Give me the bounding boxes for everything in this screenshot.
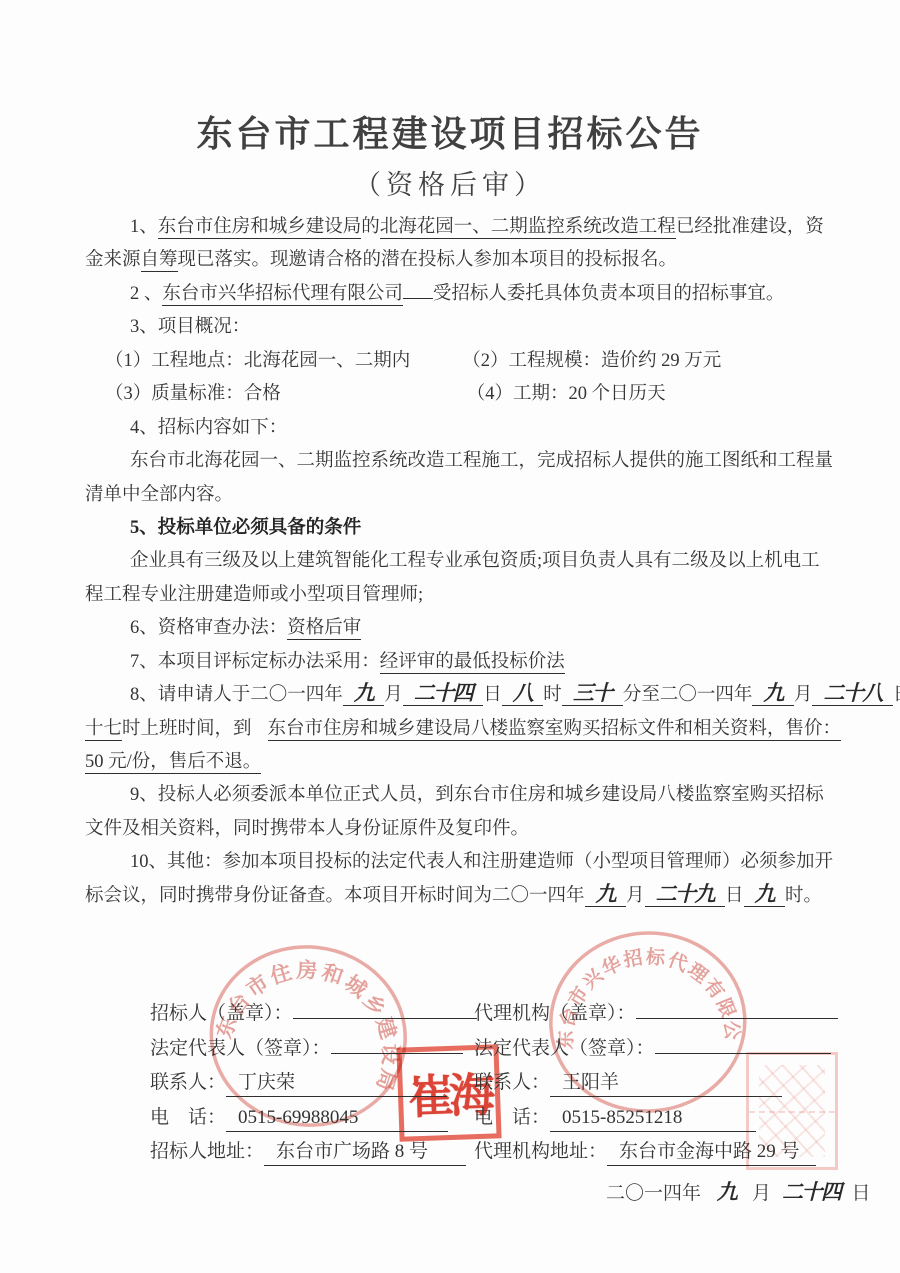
- text-segment: 二〇一四年: [606, 1183, 706, 1204]
- document-line: 东台市北海花园一、二期监控系统改造工程施工，完成招标人提供的施工图纸和工程量: [85, 445, 867, 478]
- signature-value: [293, 1017, 477, 1019]
- document-line: 4、招标内容如下：: [85, 412, 867, 445]
- text-segment: 9、投标人必须委派本单位正式人员，到东台市住房和城乡建设局八楼监察室购买招标: [130, 785, 824, 805]
- text-segment: 月: [384, 685, 403, 705]
- signature-value: [655, 1052, 831, 1054]
- text-segment: 时: [543, 685, 562, 705]
- signature-row: 代理机构地址：东台市金海中路 29 号: [474, 1136, 838, 1171]
- text-segment: 2 、: [130, 284, 162, 304]
- signature-value: 东台市金海中路 29 号: [607, 1140, 816, 1166]
- signature-label: 法定代表人（签章）：: [150, 1033, 331, 1060]
- signature-block-agency: 代理机构（盖章）：法定代表人（签章）：联系人：王阳羊电 话：0515-85251…: [474, 998, 838, 1171]
- text-segment: 企业具有三级及以上建筑智能化工程专业承包资质;项目负责人具有二级及以上机电工: [130, 551, 820, 571]
- handwritten-text: 九: [585, 882, 627, 907]
- text-segment: 资格后审: [287, 618, 361, 640]
- text-segment: 分至二〇一四年: [623, 685, 753, 705]
- document-line: 5、投标单位必须具备的条件: [85, 512, 867, 545]
- text-segment: 4、招标内容如下：: [130, 418, 287, 438]
- signature-block-bidder: 招标人（盖章）：法定代表人（签章）：联系人：丁庆荣电 话：0515-699880…: [150, 998, 477, 1171]
- signature-row: 招标人（盖章）：: [150, 998, 477, 1033]
- text-segment: 受招标人委托具体负责本项目的招标事宜。: [433, 284, 785, 304]
- signature-value: [331, 1052, 463, 1054]
- document-line: 50 元/份，售后不退。: [85, 746, 867, 779]
- text-segment: 5、投标单位必须具备的条件: [130, 518, 361, 538]
- signature-row: 电 话：0515-69988045: [150, 1102, 477, 1137]
- scanned-document-page: 东台市工程建设项目招标公告 （资格后审） 1、东台市住房和城乡建设局的北海花园一…: [0, 0, 900, 1273]
- text-segment: 日: [725, 886, 744, 906]
- text-segment: 程工程专业注册建造师或小型项目管理师;: [85, 585, 423, 605]
- signature-label: 招标人地址：: [150, 1136, 264, 1163]
- text-segment: 日: [852, 1183, 871, 1204]
- text-segment: 10、其他：参加本项目投标的法定代表人和注册建造师（小型项目管理师）必须参加开: [130, 852, 833, 872]
- document-line: 3、项目概况：: [85, 311, 867, 344]
- signature-value: [636, 1017, 838, 1019]
- text-segment: 6、资格审查办法：: [130, 618, 287, 638]
- handwritten-text: 九: [706, 1180, 748, 1204]
- text-segment: 7、本项目评标定标办法采用：: [130, 652, 380, 672]
- text-segment: 日: [483, 685, 502, 705]
- handwritten-text: 二十八: [812, 681, 893, 706]
- text-segment: 东台市住房和城乡建设局八楼监察室购买招标文件和相关资料，售价：: [268, 719, 842, 741]
- text-segment: 的: [361, 217, 380, 237]
- document-line: 7、本项目评标定标办法采用：经评审的最低投标价法: [85, 646, 867, 679]
- signature-row: 招标人地址：东台市广场路 8 号: [150, 1136, 477, 1171]
- text-segment: 金来源: [85, 250, 141, 270]
- signature-label: 法定代表人（签章）：: [474, 1033, 655, 1060]
- signature-row: 代理机构（盖章）：: [474, 998, 838, 1033]
- handwritten-text: 八: [502, 681, 544, 706]
- document-line: 2 、东台市兴华招标代理有限公司受招标人委托具体负责本项目的招标事宜。: [85, 278, 867, 311]
- text-segment: 东台市兴华招标代理有限公司: [162, 284, 403, 306]
- document-line: 10、其他：参加本项目投标的法定代表人和注册建造师（小型项目管理师）必须参加开: [85, 846, 867, 879]
- text-segment: 3、项目概况：: [130, 317, 250, 337]
- handwritten-text: 二十九: [645, 882, 726, 907]
- text-segment: 时上班时间，到: [122, 719, 252, 739]
- document-line: 清单中全部内容。: [85, 479, 867, 512]
- document-line: （1）工程地点：北海花园一、二期内（2）工程规模：造价约 29 万元: [85, 345, 867, 378]
- signature-row: 电 话：0515-85251218: [474, 1102, 838, 1137]
- document-line: 9、投标人必须委派本单位正式人员，到东台市住房和城乡建设局八楼监察室购买招标: [85, 779, 867, 812]
- handwritten-text: 九: [752, 681, 794, 706]
- text-segment: 时。: [785, 886, 822, 906]
- text-segment: 经评审的最低投标价法: [380, 652, 565, 674]
- text-segment: 东台市北海花园一、二期监控系统改造工程施工，完成招标人提供的施工图纸和工程量: [130, 451, 833, 471]
- handwritten-text: 九: [343, 681, 385, 706]
- document-line: 1、东台市住房和城乡建设局的北海花园一、二期监控系统改造工程已经批准建设，资: [85, 211, 867, 244]
- signature-row: 法定代表人（签章）：: [150, 1033, 477, 1068]
- text-segment: （1）工程地点：北海花园一、二期内: [105, 351, 410, 371]
- document-line: 企业具有三级及以上建筑智能化工程专业承包资质;项目负责人具有二级及以上机电工: [85, 545, 867, 578]
- signature-label: 联系人：: [150, 1067, 226, 1094]
- signature-value: 0515-85251218: [550, 1106, 756, 1132]
- document-line: 6、资格审查办法：资格后审: [85, 612, 867, 645]
- text-segment: 东台市住房和城乡建设局: [158, 217, 362, 239]
- signature-row: 联系人：丁庆荣: [150, 1067, 477, 1102]
- text-segment: 月: [626, 886, 645, 906]
- document-line: 程工程专业注册建造师或小型项目管理师;: [85, 579, 867, 612]
- signature-label: 招标人（盖章）：: [150, 998, 293, 1025]
- document-line: 十七时上班时间，到东台市住房和城乡建设局八楼监察室购买招标文件和相关资料，售价：: [85, 713, 867, 746]
- document-body: 1、东台市住房和城乡建设局的北海花园一、二期监控系统改造工程已经批准建设，资金来…: [85, 211, 867, 913]
- signature-label: 电 话：: [474, 1102, 550, 1129]
- signature-row: 法定代表人（签章）：: [474, 1033, 838, 1068]
- text-segment: 标会议，同时携带身份证备查。本项目开标时间为二〇一四年: [85, 886, 585, 906]
- signature-label: 代理机构地址：: [474, 1136, 607, 1163]
- text-segment: （3）质量标准：合格: [105, 384, 281, 404]
- document-line: 金来源自筹现已落实。现邀请合格的潜在投标人参加本项目的投标报名。: [85, 244, 867, 277]
- document-subtitle: （资格后审）: [0, 163, 900, 202]
- document-title: 东台市工程建设项目招标公告: [0, 106, 900, 157]
- text-segment: 1、: [130, 217, 158, 237]
- text-segment: （4）工期：20 个日历天: [467, 384, 666, 404]
- text-segment: 月: [747, 1183, 771, 1204]
- text-segment: 现已落实。现邀请合格的潜在投标人参加本项目的投标报名。: [178, 250, 678, 270]
- text-segment: 8、请申请人于二〇一四年: [130, 685, 343, 705]
- signature-value: 王阳羊: [550, 1071, 782, 1097]
- signature-value: 0515-69988045: [226, 1106, 448, 1132]
- signature-value: 东台市广场路 8 号: [264, 1140, 466, 1166]
- signature-value: 丁庆荣: [226, 1071, 447, 1097]
- text-segment: 清单中全部内容。: [85, 485, 233, 505]
- text-segment: 十七: [85, 719, 122, 741]
- blank-space: [403, 297, 433, 299]
- text-segment: 文件及相关资料，同时携带本人身份证原件及复印件。: [85, 819, 529, 839]
- text-segment: 北海花园一、二期监控系统改造工程: [380, 217, 676, 239]
- signature-row: 联系人：王阳羊: [474, 1067, 838, 1102]
- text-segment: 日: [893, 685, 900, 705]
- document-line: 文件及相关资料，同时携带本人身份证原件及复印件。: [85, 813, 867, 846]
- handwritten-text: 九: [744, 882, 786, 907]
- document-date: 二〇一四年 九 月二十四日: [606, 1178, 871, 1205]
- text-segment: 50 元/份，售后不退。: [85, 752, 261, 774]
- text-segment: 月: [794, 685, 813, 705]
- handwritten-text: 二十四: [403, 681, 484, 706]
- handwritten-text: 三十: [562, 681, 623, 706]
- signature-label: 电 话：: [150, 1102, 226, 1129]
- text-segment: （2）工程规模：造价约 29 万元: [462, 351, 721, 371]
- text-segment: 自筹: [141, 250, 178, 272]
- handwritten-text: 二十四: [771, 1180, 852, 1204]
- document-line: 标会议，同时携带身份证备查。本项目开标时间为二〇一四年九月二十九日九时。: [85, 880, 867, 913]
- text-segment: 已经批准建设，资: [676, 217, 824, 237]
- document-line: 8、请申请人于二〇一四年九月二十四日八时三十分至二〇一四年九月二十八日: [85, 679, 867, 712]
- signature-label: 代理机构（盖章）：: [474, 998, 636, 1025]
- signature-label: 联系人：: [474, 1067, 550, 1094]
- document-line: （3）质量标准：合格（4）工期：20 个日历天: [85, 378, 867, 411]
